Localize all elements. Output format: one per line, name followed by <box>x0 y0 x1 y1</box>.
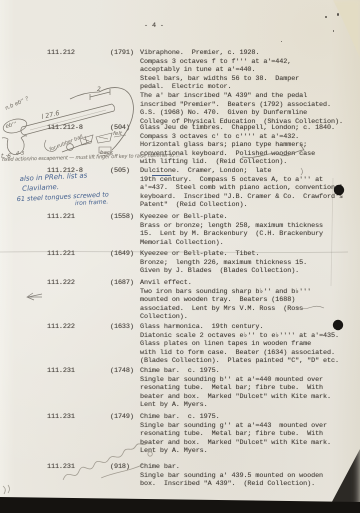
entry-description: Glass harmonica. 19th century. Diatonic … <box>140 323 339 366</box>
pitch-circle <box>2 117 28 135</box>
catalog-number: 111.212-8 <box>47 124 83 133</box>
accession-number: (1791) <box>110 49 134 58</box>
ink-note-line3: 61 steel tongues screwed to <box>17 190 109 203</box>
entry-description: Chime bar. c. 1975. Single bar sounding … <box>140 413 331 456</box>
sketch-labels: 2 l 27.6 n.b eb'' ? eb''' t ·6 4-3 for r… <box>1 86 123 160</box>
accession-number: (1748) <box>110 367 134 376</box>
thickness-label: t ·6 <box>1 153 11 160</box>
accession-number: (505) <box>110 167 130 176</box>
entry-description: Dulcitone. Cramer, London; late 19th cen… <box>140 167 343 210</box>
ink-note-line4: iron frame. <box>75 198 109 207</box>
catalog-number: 111.212-8 <box>47 167 83 176</box>
glass-bar-sketch <box>2 88 133 156</box>
dust-speck <box>337 13 339 16</box>
ink-note-line2: Clavilame. <box>22 183 59 193</box>
entry-description: Glass Jeu de timbres. Chappell, London; … <box>140 124 335 167</box>
entry-description: Kyeezee or Bell-plate. Tibet. Bronze; le… <box>140 250 307 276</box>
entry-description: Chime bar. c. 1975. Single bar sounding … <box>140 367 331 410</box>
catalog-number: 111.231 <box>47 463 75 472</box>
accession-number: (1687) <box>110 279 134 288</box>
accession-number: (504) <box>110 124 130 133</box>
dust-speck <box>281 41 282 42</box>
entry-description: Chime bar. Single bar sounding a' 439.5 … <box>140 463 323 489</box>
catalog-number: 111.231 <box>47 367 75 376</box>
margin-arrow-mark <box>27 293 42 300</box>
accession-number: (918) <box>110 463 130 472</box>
entry-description: Anvil effect. Two iron bars sounding sha… <box>140 279 311 322</box>
accession-number: (1749) <box>110 413 134 422</box>
back-label: back <box>100 150 114 156</box>
bar-width-label: 2 <box>97 86 101 93</box>
accession-number: (1649) <box>110 250 134 259</box>
rubber-ball-label: for rubber ball <box>49 134 85 153</box>
accession-number: (1558) <box>110 213 134 222</box>
catalog-number: 111.222 <box>47 279 75 288</box>
pitch-note-label: n.b eb'' ? <box>4 96 29 112</box>
catalog-number: 111.221 <box>47 250 75 259</box>
entry-description: Kyeezee or Bell-plate. Brass or bronze; … <box>140 213 323 247</box>
catalog-number: 111.222 <box>47 323 75 332</box>
circled-pitch-label: eb''' <box>5 121 18 130</box>
edge-faint-mark <box>3 485 10 494</box>
scanned-page: - 4 - 111.212 (1791) Vibraphone. Premier… <box>0 0 360 513</box>
dust-speck <box>325 16 327 18</box>
catalog-number: 111.212 <box>47 49 75 58</box>
accession-number: (1633) <box>110 323 134 332</box>
page-number: - 4 - <box>144 22 164 31</box>
bar-length-label: l 27.6 <box>41 109 61 121</box>
catalog-number: 111.221 <box>47 213 75 222</box>
ink-margin-note: also in PReh. list as Clavilame. 61 stee… <box>15 170 109 210</box>
dust-speck <box>333 30 334 32</box>
clamp-size-label: 4-3 <box>16 151 24 157</box>
catalog-number: 111.231 <box>47 413 75 422</box>
entry-description: Vibraphone. Premier, c. 1928. Compass 3 … <box>140 49 343 126</box>
